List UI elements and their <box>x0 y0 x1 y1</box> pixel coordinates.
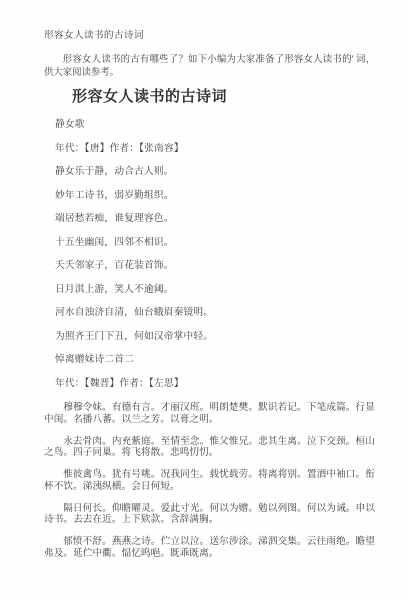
poem-stanza: 永去骨肉。内充紫庭。至情至念。惟父惟兄。悲其生离。泣下交颈。桓山之鸟。四子同巢。… <box>44 436 375 459</box>
poem-meta: 年代：【魏晋】作者：【左思】 <box>55 379 375 390</box>
document-page: 形容女人读书的古诗词 形容女人读书的古有哪些了？如下小编为大家准备了形容女人读书… <box>0 0 408 600</box>
intro-paragraph: 形容女人读书的古有哪些了？如下小编为大家准备了形容女人读书的' 词，供大家阅读参… <box>44 54 375 79</box>
poem-title: 静女歌 <box>55 120 375 131</box>
poem-line: 妙年工诗书，弱岁勤组织。 <box>55 191 375 202</box>
main-heading: 形容女人读书的古诗词 <box>72 87 375 107</box>
poem-line: 河水自浊济自清，仙台蛾眉秦镜明。 <box>55 308 375 319</box>
poem-line: 静女乐于静，动合古人则。 <box>55 167 375 178</box>
poem-jingnv-ge: 静女歌 年代：【唐】作者：【张南容】 静女乐于静，动合古人则。 妙年工诗书，弱岁… <box>44 120 375 342</box>
poem-line: 夭夭邻家子，百花装首饰。 <box>55 261 375 272</box>
poem-line: 为照齐王门下丑，何如汉帝掌中轻。 <box>55 332 375 343</box>
poem-meta: 年代：【唐】作者：【张南容】 <box>55 144 375 155</box>
poem-title: 悼离赠妹诗二首二 <box>55 355 375 366</box>
document-top-title: 形容女人读书的古诗词 <box>44 30 375 41</box>
poem-stanza: 郁愤不舒。燕燕之诗。伫立以泣。送尔涉涂。涕泗交集。云往雨绝。瞻望弗及。延伫中衢。… <box>44 536 375 559</box>
poem-stanza: 穆穆令妹。有德有言。才丽汉班。明朗楚樊。默识若记。下笔成篇。行显中闺。名播八蕃。… <box>44 402 375 425</box>
poem-line: 十五坐幽闺，四邻不相识。 <box>55 238 375 249</box>
poem-line: 端居愁若痴，谁复理容色。 <box>55 214 375 225</box>
poem-daoli-zengmei: 悼离赠妹诗二首二 年代：【魏晋】作者：【左思】 穆穆令妹。有德有言。才丽汉班。明… <box>44 355 375 559</box>
poem-stanza: 惟彼禽鸟。犹有号咷。况我同生。载忧载劳。将离将别。置酒中袖口。衔杯不饮。涕洟纵横… <box>44 469 375 492</box>
poem-line: 日月淇上游，笑人不逾阈。 <box>55 285 375 296</box>
poem-stanza: 隔日何长。仰瞻曜灵。爱此寸光。何以为赠。勉以列图。何以为诫。申以诗书。去去在近。… <box>44 503 375 526</box>
